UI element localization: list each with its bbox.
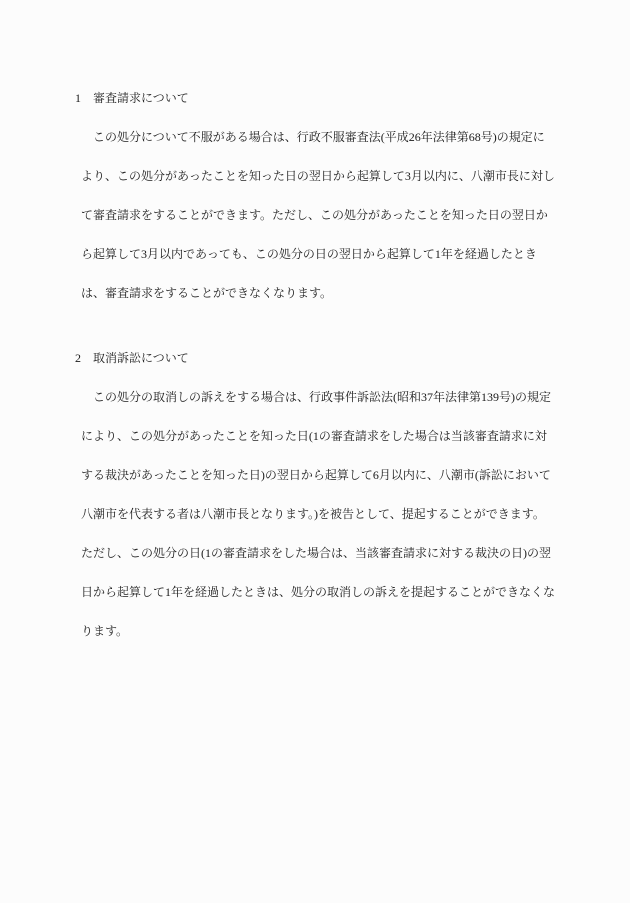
section-2-body-line-6: 日から起算して1年を経過したときは、処分の取消しの訴えを提起することができなくな	[75, 586, 565, 599]
legal-notice-text: 1審査請求について この処分について不服がある場合は、行政不服審査法(平成26年…	[75, 40, 565, 677]
section-2-heading: 2取消訴訟について	[75, 352, 565, 365]
section-1-title: 審査請求について	[93, 91, 189, 105]
section-2-body-line-1: この処分の取消しの訴えをする場合は、行政事件訴訟法(昭和37年法律第139号)の…	[75, 391, 565, 404]
document-page: 1審査請求について この処分について不服がある場合は、行政不服審査法(平成26年…	[0, 0, 630, 903]
section-1-number: 1	[75, 92, 93, 105]
section-2-body-line-2: により、この処分があったことを知った日(1の審査請求をした場合は当該審査請求に対	[75, 430, 565, 443]
section-2-body-line-7: ります。	[75, 625, 565, 638]
section-2-number: 2	[75, 352, 93, 365]
section-2-title: 取消訴訟について	[93, 351, 189, 365]
section-1-body-line-2: より、この処分があったことを知った日の翌日から起算して3月以内に、八潮市長に対し	[75, 170, 565, 183]
section-1-body-line-1: この処分について不服がある場合は、行政不服審査法(平成26年法律第68号)の規定…	[75, 131, 565, 144]
section-2-body-line-4: 八潮市を代表する者は八潮市長となります。)を被告として、提起することができます。	[75, 508, 565, 521]
section-2-body-line-3: する裁決があったことを知った日)の翌日から起算して6月以内に、八潮市(訴訟におい…	[75, 469, 565, 482]
section-1-body-line-3: て審査請求をすることができます。ただし、この処分があったことを知った日の翌日か	[75, 209, 565, 222]
section-1-heading: 1審査請求について	[75, 92, 565, 105]
section-1-body-line-5: は、審査請求をすることができなくなります。	[75, 287, 565, 300]
section-2-body-line-5: ただし、この処分の日(1の審査請求をした場合は、当該審査請求に対する裁決の日)の…	[75, 547, 565, 560]
section-1-body-line-4: ら起算して3月以内であっても、この処分の日の翌日から起算して1年を経過したとき	[75, 248, 565, 261]
